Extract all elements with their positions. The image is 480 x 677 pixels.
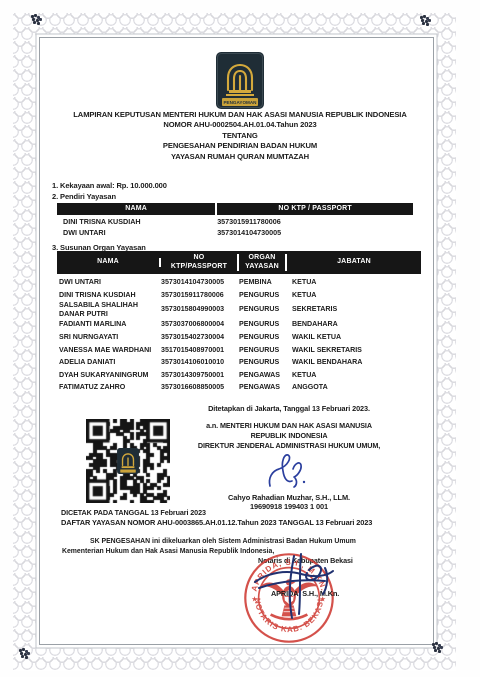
corner-mark-top-right [420,16,423,19]
table-row: FADIANTI MARLINA 3573037006800004 PENGUR… [57,318,421,331]
founders-table-header: NAMA NO KTP / PASSPORT [57,203,413,215]
organ-col-organ: ORGAN YAYASAN [239,254,287,271]
table-row: SALSABILA SHALIHAH DANAR PUTRI 357301580… [57,301,421,318]
kemenkumham-pengayoman-logo-icon: PENGAYOMAN [216,52,264,109]
table-row: SRI NURNGAYATI 3573015402730004 PENGURUS… [57,331,421,344]
member-name: FATIMATUZ ZAHRO [57,383,161,392]
member-name: DINI TRISNA KUSDIAH [57,291,161,300]
organ-col-no: NO KTP/PASSPORT [161,254,239,271]
founders-table: NAMA NO KTP / PASSPORT DINI TRISNA KUSDI… [57,203,413,237]
member-name: SRI NURNGAYATI [57,333,161,342]
founder-name: DINI TRISNA KUSDIAH [57,217,217,226]
table-row: DYAH SUKARYANINGRUM 3573014309750001 PEN… [57,369,421,382]
founder-name: DWI UNTARI [57,228,217,237]
certificate-page: PENGAYOMAN LAMPIRAN KEPUTUSAN MENTERI HU… [0,0,480,677]
table-row: ADELIA DANIATI 3573014106010010 PENGURUS… [57,356,421,369]
member-name: FADIANTI MARLINA [57,320,161,329]
decree-title-line1: LAMPIRAN KEPUTUSAN MENTERI HUKUM DAN HAK… [56,110,424,120]
member-ktp: 3573015804990003 [161,305,239,314]
member-ktp: 3573014309750001 [161,371,239,380]
member-organ: PENGURUS [239,358,287,367]
table-row: FATIMATUZ ZAHRO 3573016608850005 PENGAWA… [57,381,421,394]
printed-date-line: DICETAK PADA TANGGAL 13 Februari 2023 [61,508,206,517]
foundation-name: YAYASAN RUMAH QURAN MUMTAZAH [56,152,424,162]
member-ktp: 3573016608850005 [161,383,239,392]
member-jabatan: BENDAHARA [287,320,421,329]
corner-mark-bottom-right [432,643,435,646]
decree-title-block: LAMPIRAN KEPUTUSAN MENTERI HUKUM DAN HAK… [56,110,424,162]
member-jabatan: KETUA [287,278,421,287]
member-organ: PENGURUS [239,333,287,342]
member-jabatan: SEKRETARIS [287,305,421,314]
organ-col-jabatan: JABATAN [287,258,421,267]
table-row: VANESSA MAE WARDHANI 3517015408970001 PE… [57,344,421,357]
verification-qr-code [86,419,170,503]
member-ktp: 3517015408970001 [161,346,239,355]
qr-center-logo-icon [115,448,141,474]
organ-col-nama: NAMA [57,258,161,267]
member-ktp: 3573015911780006 [161,291,239,300]
corner-mark-top-left [31,15,34,18]
notary-signature [247,548,339,624]
founders-section-label: 2. Pendiri Yayasan [52,192,116,201]
member-name: DWI UNTARI [57,278,161,287]
founder-ktp: 3573014104730005 [217,228,413,237]
member-organ: PENGURUS [239,320,287,329]
member-ktp: 3573014106010010 [161,358,239,367]
member-ktp: 3573037006800004 [161,320,239,329]
member-ktp: 3573014104730005 [161,278,239,287]
member-name: DYAH SUKARYANINGRUM [57,371,161,380]
member-organ: PENGAWAS [239,383,287,392]
sk-issuance-note: SK PENGESAHAN ini dikeluarkan oleh Siste… [62,537,394,557]
member-ktp: 3573015402730004 [161,333,239,342]
on-behalf-line3: DIREKTUR JENDERAL ADMINISTRASI HUKUM UMU… [175,441,403,451]
member-organ: PENGURUS [239,291,287,300]
signing-block: Ditetapkan di Jakarta, Tanggal 13 Februa… [175,404,403,511]
register-number-line: DAFTAR YAYASAN NOMOR AHU-0003865.AH.01.1… [61,518,372,527]
member-jabatan: KETUA [287,291,421,300]
on-behalf-line1: a.n. MENTERI HUKUM DAN HAK ASASI MANUSIA [175,421,403,431]
member-organ: PENGURUS [239,346,287,355]
signer-name: Cahyo Rahadian Muzhar, S.H., LLM. [175,493,403,502]
table-row: DWI UNTARI 3573014104730005 [57,226,413,237]
director-signature [260,452,318,492]
member-organ: PEMBINA [239,278,287,287]
on-behalf-line2: REPUBLIK INDONESIA [175,431,403,441]
founders-col-nama: NAMA [57,203,217,215]
table-row: DWI UNTARI 3573014104730005 PEMBINA KETU… [57,276,421,289]
member-jabatan: WAKIL BENDAHARA [287,358,421,367]
member-jabatan: KETUA [287,371,421,380]
member-jabatan: WAKIL KETUA [287,333,421,342]
initial-assets-line: 1. Kekayaan awal: Rp. 10.000.000 [52,181,167,190]
table-row: DINI TRISNA KUSDIAH 3573015911780006 [57,215,413,226]
organ-table: NAMA NO KTP/PASSPORT ORGAN YAYASAN JABAT… [57,251,421,394]
member-jabatan: ANGGOTA [287,383,421,392]
member-name: VANESSA MAE WARDHANI [57,346,161,355]
organ-table-body: DWI UNTARI 3573014104730005 PEMBINA KETU… [57,276,421,394]
logo-banner-label: PENGAYOMAN [223,100,257,105]
signer-nip: 19690918 199403 1 001 [175,502,403,511]
organ-table-header: NAMA NO KTP/PASSPORT ORGAN YAYASAN JABAT… [57,251,421,274]
table-row: DINI TRISNA KUSDIAH 3573015911780006 PEN… [57,289,421,302]
member-jabatan: WAKIL SEKRETARIS [287,346,421,355]
member-name: SALSABILA SHALIHAH DANAR PUTRI [57,301,161,318]
decree-tentang: TENTANG [56,131,424,141]
member-organ: PENGAWAS [239,371,287,380]
place-date-line: Ditetapkan di Jakarta, Tanggal 13 Februa… [175,404,403,413]
decree-number: NOMOR AHU-0002504.AH.01.04.Tahun 2023 [56,120,424,130]
decree-subject: PENGESAHAN PENDIRIAN BADAN HUKUM [56,141,424,151]
founder-ktp: 3573015911780006 [217,217,413,226]
member-name: ADELIA DANIATI [57,358,161,367]
member-organ: PENGURUS [239,305,287,314]
corner-mark-bottom-left [19,649,22,652]
founders-col-no: NO KTP / PASSPORT [217,203,413,215]
